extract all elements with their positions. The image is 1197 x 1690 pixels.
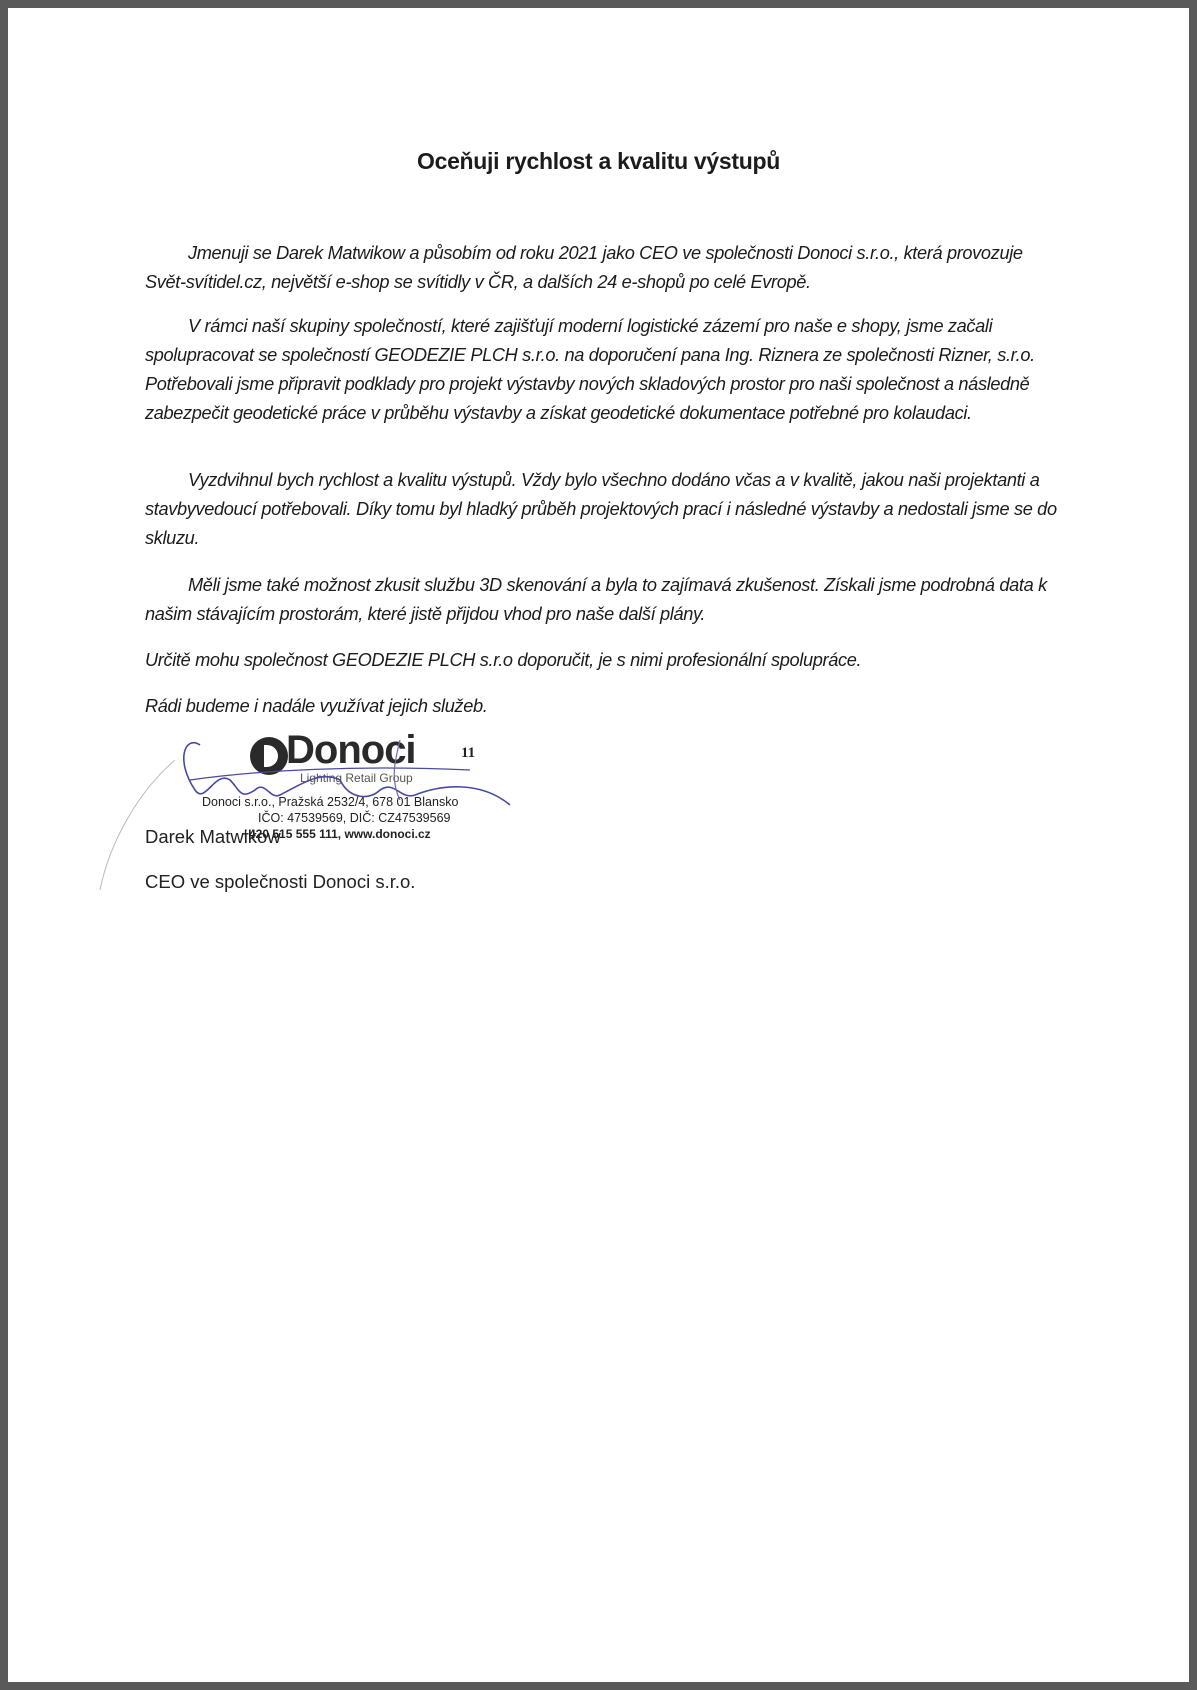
paragraph-intro: Jmenuji se Darek Matwikow a působím od r… bbox=[145, 239, 1065, 297]
stamp-tagline: Lighting Retail Group bbox=[300, 771, 413, 785]
stamp-ids: IČO: 47539569, DIČ: CZ47539569 bbox=[258, 811, 450, 825]
signature-position: CEO ve společnosti Donoci s.r.o. bbox=[145, 871, 415, 893]
paragraph-3d-scan: Měli jsme také možnost zkusit službu 3D … bbox=[145, 571, 1065, 629]
stamp-contact: +420 515 555 111, www.donoci.cz bbox=[242, 827, 431, 841]
stamp-logo-text: Donoci bbox=[286, 728, 416, 773]
stamp-number: 11 bbox=[461, 745, 475, 762]
letter-title: Oceňuji rychlost a kvalitu výstupů bbox=[8, 148, 1189, 175]
paragraph-recommendation: Určitě mohu společnost GEODEZIE PLCH s.r… bbox=[145, 646, 1065, 675]
paragraph-quality: Vyzdvihnul bych rychlost a kvalitu výstu… bbox=[145, 466, 1065, 553]
paragraph-closing: Rádi budeme i nadále využívat jejich slu… bbox=[145, 692, 1065, 721]
stamp-address: Donoci s.r.o., Pražská 2532/4, 678 01 Bl… bbox=[202, 795, 458, 809]
donoci-logo-icon bbox=[250, 737, 288, 775]
letter-page: Oceňuji rychlost a kvalitu výstupů Jmenu… bbox=[8, 8, 1189, 1682]
paragraph-cooperation: V rámci naší skupiny společností, které … bbox=[145, 312, 1065, 428]
